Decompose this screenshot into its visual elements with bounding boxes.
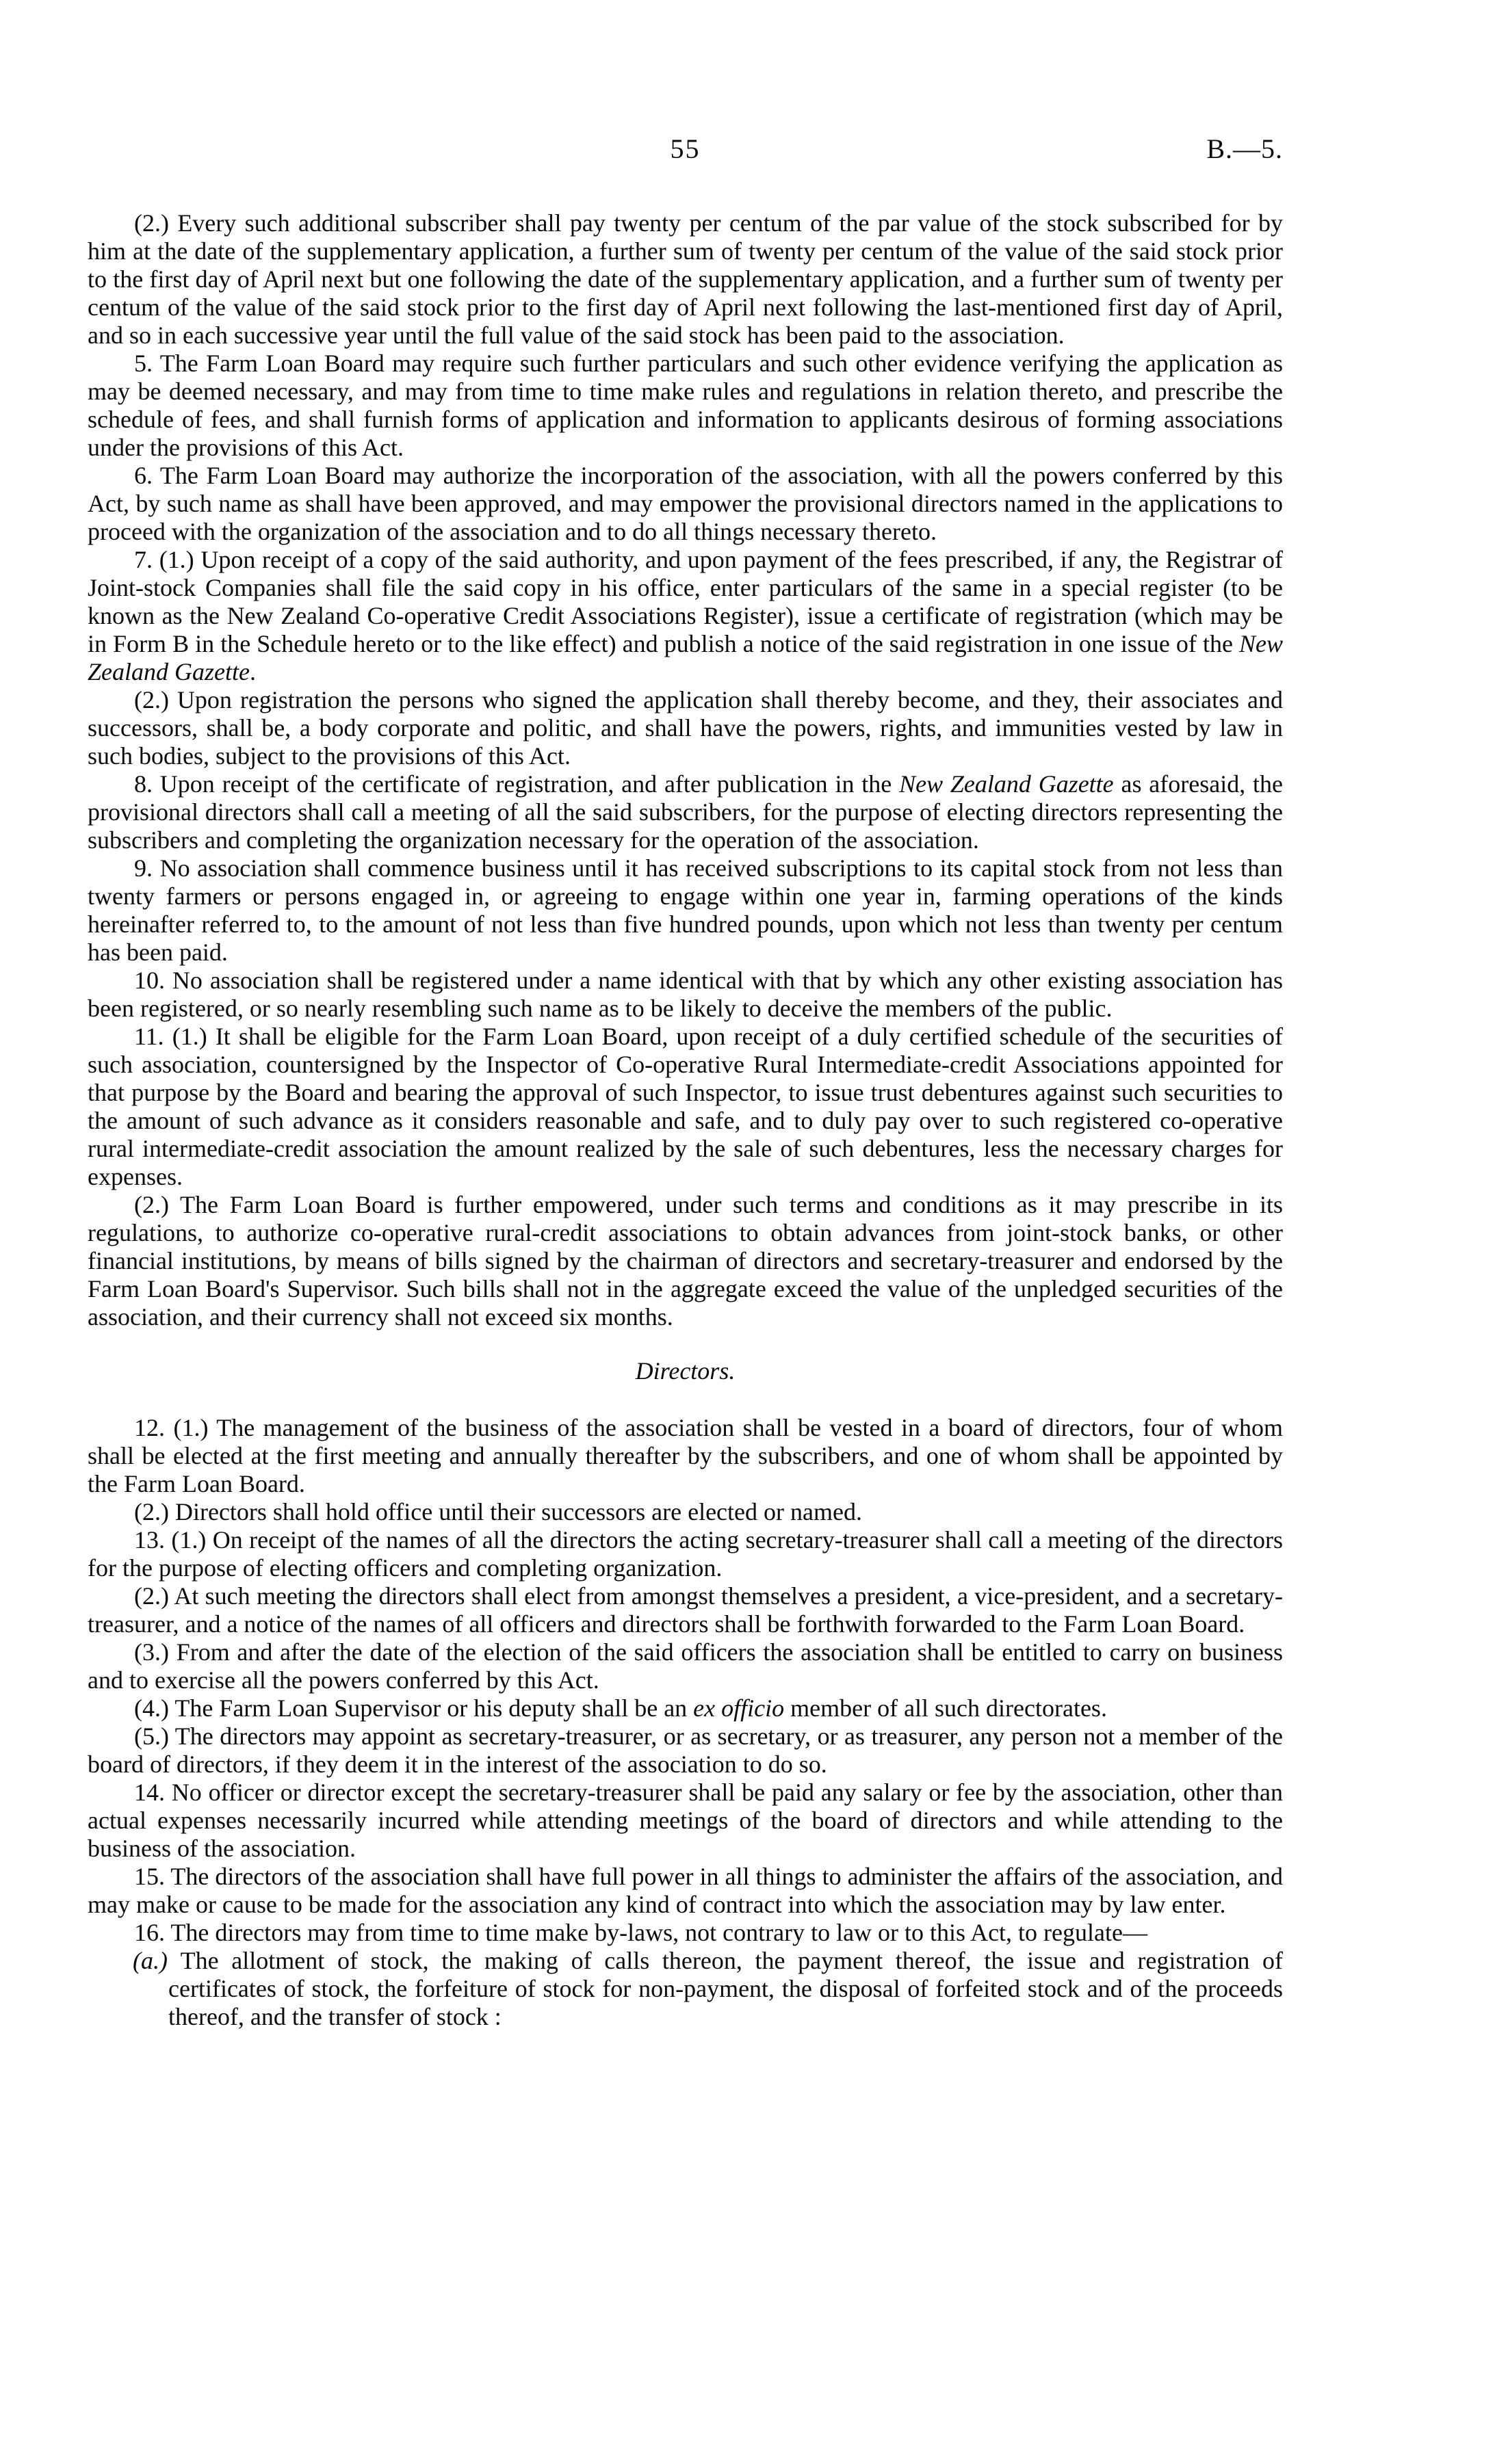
paragraph: 10. No association shall be registered u… — [88, 967, 1283, 1023]
paragraph: 12. (1.) The management of the business … — [88, 1414, 1283, 1498]
paragraph: 5. The Farm Loan Board may require such … — [88, 350, 1283, 462]
paragraph: (2.) The Farm Loan Board is further empo… — [88, 1191, 1283, 1331]
text-run: (3.) From and after the date of the elec… — [88, 1638, 1283, 1694]
paragraph: (2.) Upon registration the persons who s… — [88, 686, 1283, 770]
text-run: member of all such directorates. — [784, 1694, 1107, 1722]
text-run: . — [250, 658, 256, 685]
text-run: 14. No officer or director except the se… — [88, 1779, 1283, 1862]
text-run: 8. Upon receipt of the certificate of re… — [134, 770, 899, 798]
paragraph: 14. No officer or director except the se… — [88, 1779, 1283, 1863]
paragraph: 11. (1.) It shall be eligible for the Fa… — [88, 1023, 1283, 1191]
paragraph: 8. Upon receipt of the certificate of re… — [88, 770, 1283, 854]
paragraph: 15. The directors of the association sha… — [88, 1863, 1283, 1919]
text-run: Directors. — [636, 1357, 736, 1385]
text-run: New Zealand Gazette — [899, 770, 1114, 798]
paragraph: (3.) From and after the date of the elec… — [88, 1638, 1283, 1694]
text-run: 15. The directors of the association sha… — [88, 1863, 1283, 1918]
paragraph: 16. The directors may from time to time … — [88, 1919, 1283, 1947]
paragraph: 7. (1.) Upon receipt of a copy of the sa… — [88, 546, 1283, 686]
text-run: 10. No association shall be registered u… — [88, 967, 1283, 1022]
text-run: 6. The Farm Loan Board may authorize the… — [88, 462, 1283, 545]
page-number: 55 — [88, 133, 1283, 166]
paragraph: 6. The Farm Loan Board may authorize the… — [88, 462, 1283, 546]
document-body: (2.) Every such additional subscriber sh… — [88, 209, 1283, 2031]
page-header: 55 B.—5. — [88, 133, 1283, 168]
text-run: (a.) — [133, 1947, 181, 1974]
document-page: 55 B.—5. (2.) Every such additional subs… — [0, 0, 1495, 2464]
text-run: 11. (1.) It shall be eligible for the Fa… — [88, 1023, 1283, 1190]
document-reference: B.—5. — [1206, 133, 1283, 166]
sub-clause: (a.) The allotment of stock, the making … — [88, 1947, 1283, 2031]
text-run: (5.) The directors may appoint as secret… — [88, 1722, 1283, 1778]
text-run: (2.) Directors shall hold office until t… — [134, 1498, 862, 1525]
text-run: 16. The directors may from time to time … — [134, 1919, 1147, 1946]
text-run: ex officio — [693, 1694, 784, 1722]
paragraph: (2.) Directors shall hold office until t… — [88, 1498, 1283, 1526]
text-run: (2.) At such meeting the directors shall… — [88, 1582, 1283, 1638]
text-run: The allotment of stock, the making of ca… — [168, 1947, 1283, 2030]
paragraph: (5.) The directors may appoint as secret… — [88, 1722, 1283, 1779]
paragraph: 13. (1.) On receipt of the names of all … — [88, 1526, 1283, 1582]
text-run: (2.) Every such additional subscriber sh… — [88, 209, 1283, 349]
section-heading: Directors. — [88, 1357, 1283, 1385]
paragraph: (2.) At such meeting the directors shall… — [88, 1582, 1283, 1638]
text-run: 5. The Farm Loan Board may require such … — [88, 350, 1283, 461]
text-run: 13. (1.) On receipt of the names of all … — [88, 1526, 1283, 1582]
paragraph: (2.) Every such additional subscriber sh… — [88, 209, 1283, 350]
text-run: 12. (1.) The management of the business … — [88, 1414, 1283, 1497]
text-run: 7. (1.) Upon receipt of a copy of the sa… — [88, 546, 1283, 657]
paragraph: (4.) The Farm Loan Supervisor or his dep… — [88, 1694, 1283, 1722]
text-run: (4.) The Farm Loan Supervisor or his dep… — [134, 1694, 693, 1722]
text-run: 9. No association shall commence busines… — [88, 854, 1283, 966]
paragraph: 9. No association shall commence busines… — [88, 854, 1283, 967]
text-run: (2.) Upon registration the persons who s… — [88, 686, 1283, 770]
text-run: (2.) The Farm Loan Board is further empo… — [88, 1191, 1283, 1331]
